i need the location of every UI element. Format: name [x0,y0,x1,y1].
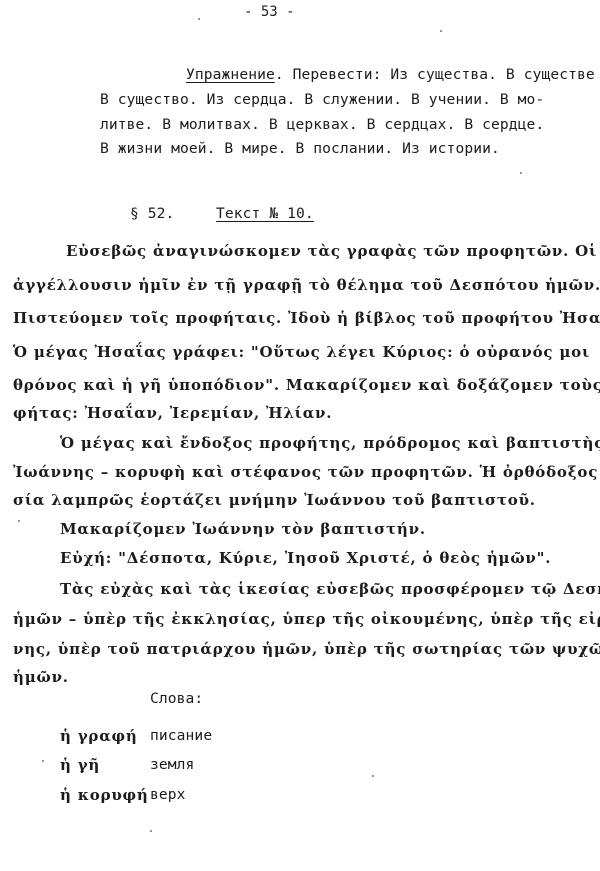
scan-speck [372,775,374,777]
vocabulary-heading: Слова: [150,690,203,707]
scan-speck [150,830,152,832]
vocab-greek: ἡ κορυφή [60,786,149,804]
text-line: Ἰωάννης – κορυφὴ καὶ στέφανος τῶν προφητ… [13,463,600,481]
vocab-russian: писание [150,727,212,744]
text-line: Τὰς εὐχὰς καὶ τὰς ἱκεσίας εὐσεβῶς προσφέ… [60,580,600,598]
text-line: ἀγγέλλουσιν ἡμῖν ἐν τῇ γραφῇ τὸ θέλημα τ… [13,276,600,294]
text-line: Πιστεύομεν τοῖς προφήταις. Ἰδοὺ ἡ βίβλος… [13,309,600,327]
scan-speck [18,520,20,522]
text-line: σία λαμπρῶς ἑορτάζει μνήμην Ἰωάννου τοῦ … [13,491,536,509]
vocab-greek: ἡ γραφή [60,727,138,745]
text-line: Εὐσεβῶς ἀναγινώσκομεν τὰς γραφὰς τῶν προ… [66,242,600,260]
exercise-label: Упражнение [186,66,275,83]
text-line: Ὁ μέγας καὶ ἔνδοξος προφήτης, πρόδρομος … [60,434,600,452]
exercise-line-2: В существо. Из сердца. В служении. В уче… [100,91,544,108]
text-line: νης, ὑπὲρ τοῦ πατριάρχου ἡμῶν, ὑπὲρ τῆς … [13,640,600,658]
page-number: - 53 - [244,4,295,20]
vocab-russian: земля [150,756,194,773]
vocab-russian: верх [150,786,186,803]
text-line: Ὁ μέγας Ἠσαΐας γράφει: "Οὕτως λέγει Κύρι… [13,343,590,361]
vocab-greek: ἡ γῆ [60,756,100,774]
scan-speck [520,172,522,174]
text-line: θρόνος καὶ ἡ γῆ ὑποπόδιον". Μακαρίζομεν … [13,376,600,394]
text-line: Εὐχή: "Δέσποτα, Κύριε, Ἰησοῦ Χριστέ, ὁ θ… [60,549,551,567]
scan-speck [440,30,442,32]
text-line: Μακαρίζομεν Ἰωάννην τὸν βαπτιστήν. [60,520,426,538]
exercise-text: . Перевести: Из существа. В существе [275,66,595,83]
scan-speck [42,760,44,762]
text-line: ἡμῶν – ὑπὲρ τῆς ἐκκλησίας, ὑπερ τῆς οἰκο… [13,610,600,628]
scan-speck [198,18,200,20]
text-line: ἡμῶν. [13,668,69,686]
exercise-line-3: литве. В молитвах. В церквах. В сердцах.… [100,116,544,133]
section-number: § 52. [130,205,174,222]
exercise-line-1: Упражнение. Перевести: Из существа. В су… [186,66,595,83]
exercise-line-4: В жизни моей. В мире. В послании. Из ист… [100,140,500,157]
section-title: Текст № 10. [216,205,314,222]
text-line: φήτας: Ἠσαΐαν, Ἰερεμίαν, Ἠλίαν. [13,404,332,422]
